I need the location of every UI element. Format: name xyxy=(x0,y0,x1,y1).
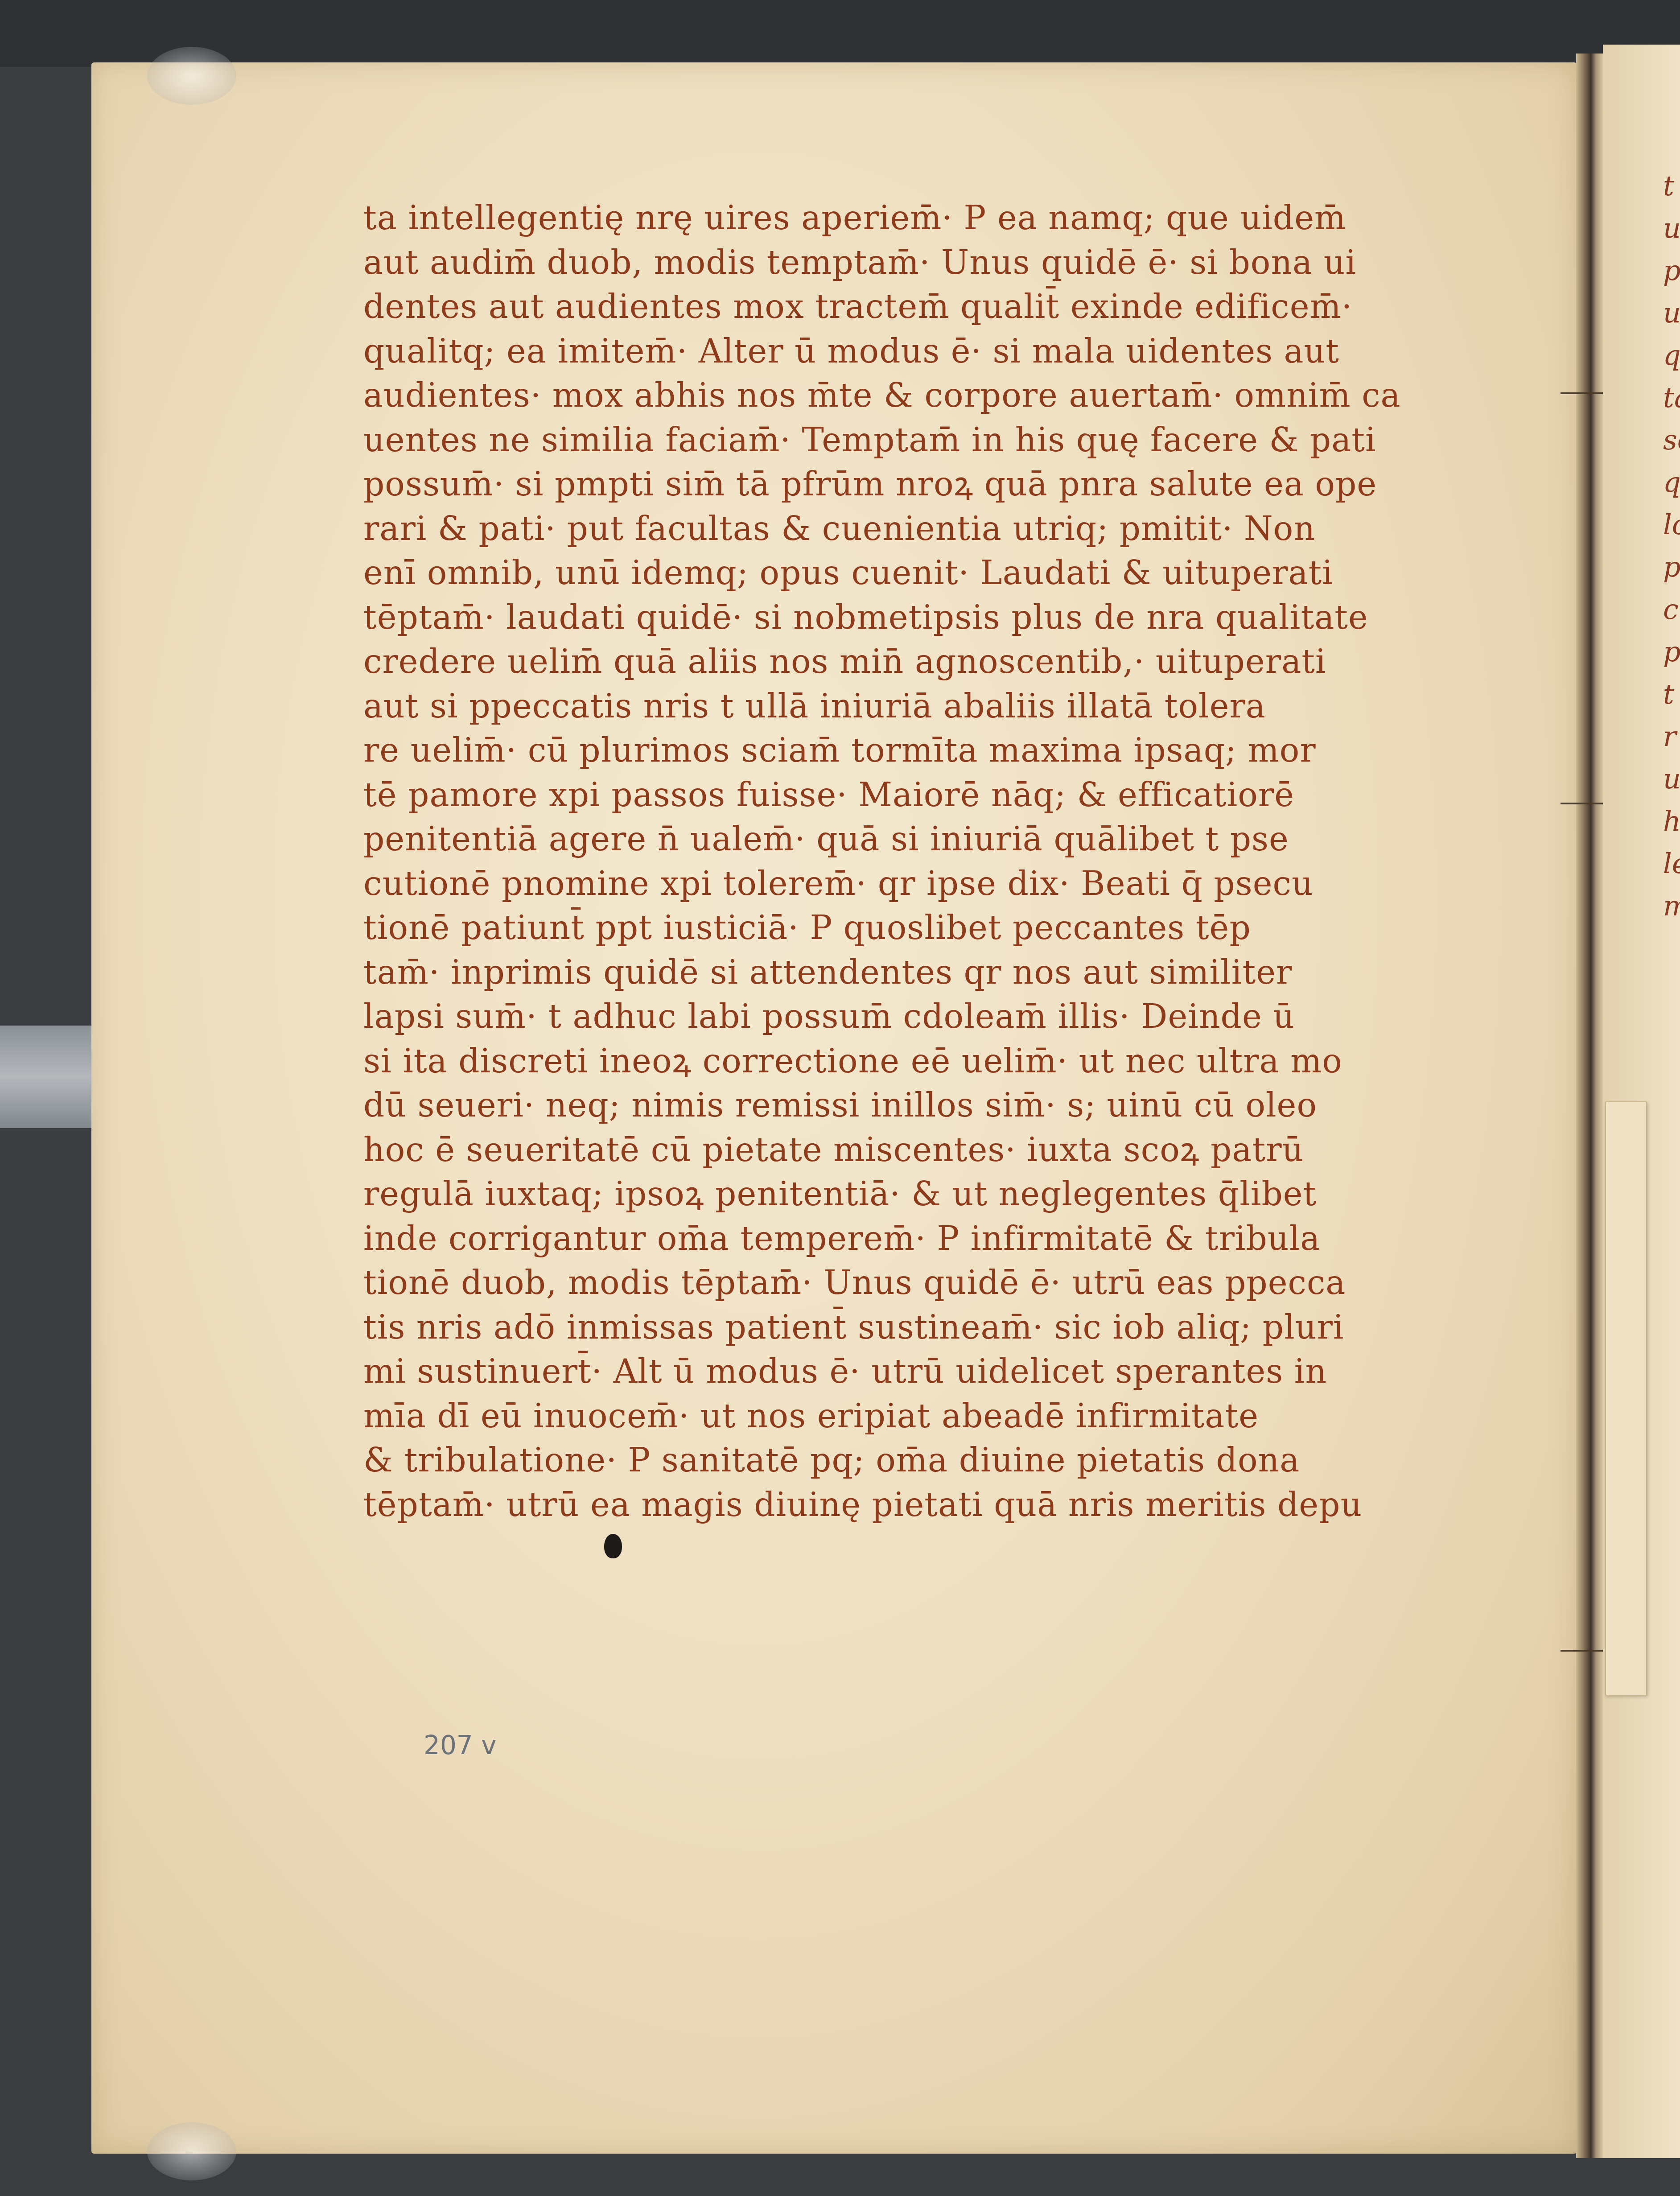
facing-fragment: lo xyxy=(1663,508,1680,551)
text-line: enī omnib, unū idemq; opus cuenit· Lauda… xyxy=(363,551,1567,596)
facing-fragment: u xyxy=(1663,762,1680,805)
text-line: credere uelim̄ quā aliis nos min̄ agnosc… xyxy=(363,640,1567,684)
text-line: audientes· mox abhis nos m̄te & corpore … xyxy=(363,374,1567,418)
folio-number: 207 v xyxy=(424,1730,496,1760)
facing-fragment: qu xyxy=(1663,339,1680,381)
binding-stitch xyxy=(1561,392,1610,394)
facing-page-text: t u pi ut qu ta se qu lo p cr p t r u h … xyxy=(1663,169,1680,932)
facing-fragment: r xyxy=(1663,720,1680,762)
binding-gutter xyxy=(1576,54,1603,2158)
text-line: regulā iuxtaq; ipsoꝝ penitentiā· & ut ne… xyxy=(363,1172,1567,1217)
text-line: tionē patiunt̄ ppt iusticiā· P quoslibet… xyxy=(363,906,1567,951)
text-line: dū seueri· neq; nimis remissi inillos si… xyxy=(363,1084,1567,1128)
text-line: tē pamore xpi passos fuisse· Maiorē nāq;… xyxy=(363,773,1567,818)
text-line: tēptam̄· utrū ea magis diuinę pietati qu… xyxy=(363,1483,1567,1528)
text-line: penitentiā agere n̄ ualem̄· quā si iniur… xyxy=(363,817,1567,862)
facing-fragment: pi xyxy=(1663,254,1680,297)
text-line: & tribulatione· P sanitatē pq; om̄a diui… xyxy=(363,1438,1567,1483)
text-line: inde corrigantur om̄a temperem̄· P infir… xyxy=(363,1217,1567,1261)
facing-fragment: qu xyxy=(1663,466,1680,508)
facing-fragment: p xyxy=(1663,635,1680,678)
text-line: mīa dī eū inuocem̄· ut nos eripiat abead… xyxy=(363,1394,1567,1439)
facing-fragment: se xyxy=(1663,424,1680,466)
facing-fragment: t xyxy=(1663,678,1680,720)
text-line: rari & pati· put facultas & cuenientia u… xyxy=(363,507,1567,552)
text-line: tionē duob, modis tēptam̄· Unus quidē ē·… xyxy=(363,1261,1567,1306)
text-line: ta intellegentię nrę uires aperiem̄· P e… xyxy=(363,196,1567,241)
facing-fragment: ut xyxy=(1663,297,1680,339)
ink-blot xyxy=(604,1534,622,1558)
inserted-paper-slip xyxy=(1605,1101,1647,1696)
manuscript-text-block: ta intellegentię nrę uires aperiem̄· P e… xyxy=(363,196,1567,1527)
text-line: aut si ppeccatis nris t ullā iniuriā aba… xyxy=(363,684,1567,729)
text-line: mi sustinuert̄· Alt ū modus ē· utrū uide… xyxy=(363,1350,1567,1394)
facing-fragment: ta xyxy=(1663,381,1680,424)
text-line: possum̄· si pmpti sim̄ tā pfrūm nroꝝ quā… xyxy=(363,462,1567,507)
page-clip-top xyxy=(147,47,236,105)
facing-fragment: u xyxy=(1663,212,1680,254)
facing-fragment: le xyxy=(1663,847,1680,890)
text-line: lapsi sum̄· t adhuc labi possum̄ cdoleam… xyxy=(363,995,1567,1039)
page-clip-bottom xyxy=(147,2122,236,2180)
facing-fragment: h xyxy=(1663,805,1680,847)
text-line: dentes aut audientes mox tractem̄ qualit… xyxy=(363,285,1567,330)
text-line: re uelim̄· cū plurimos sciam̄ tormīta ma… xyxy=(363,729,1567,773)
facing-fragment: cr xyxy=(1663,593,1680,635)
text-line: aut audim̄ duob, modis temptam̄· Unus qu… xyxy=(363,241,1567,285)
text-line: si ita discreti ineoꝝ correctione eē uel… xyxy=(363,1039,1567,1084)
text-line: cutionē pnomine xpi tolerem̄· qr ipse di… xyxy=(363,862,1567,906)
text-line: tēptam̄· laudati quidē· si nobmetipsis p… xyxy=(363,596,1567,640)
facing-fragment: m xyxy=(1663,890,1680,932)
binding-stitch xyxy=(1561,803,1610,804)
text-line: uentes ne similia faciam̄· Temptam̄ in h… xyxy=(363,418,1567,463)
text-line: tam̄· inprimis quidē si attendentes qr n… xyxy=(363,951,1567,995)
binding-stitch xyxy=(1561,1650,1610,1652)
background-top xyxy=(0,0,1680,67)
text-line: hoc ē seueritatē cū pietate miscentes· i… xyxy=(363,1128,1567,1173)
text-line: tis nris adō inmissas patient̄ sustineam… xyxy=(363,1306,1567,1350)
facing-fragment: t xyxy=(1663,169,1680,212)
facing-fragment: p xyxy=(1663,551,1680,593)
text-line: qualitq; ea imitem̄· Alter ū modus ē· si… xyxy=(363,330,1567,374)
